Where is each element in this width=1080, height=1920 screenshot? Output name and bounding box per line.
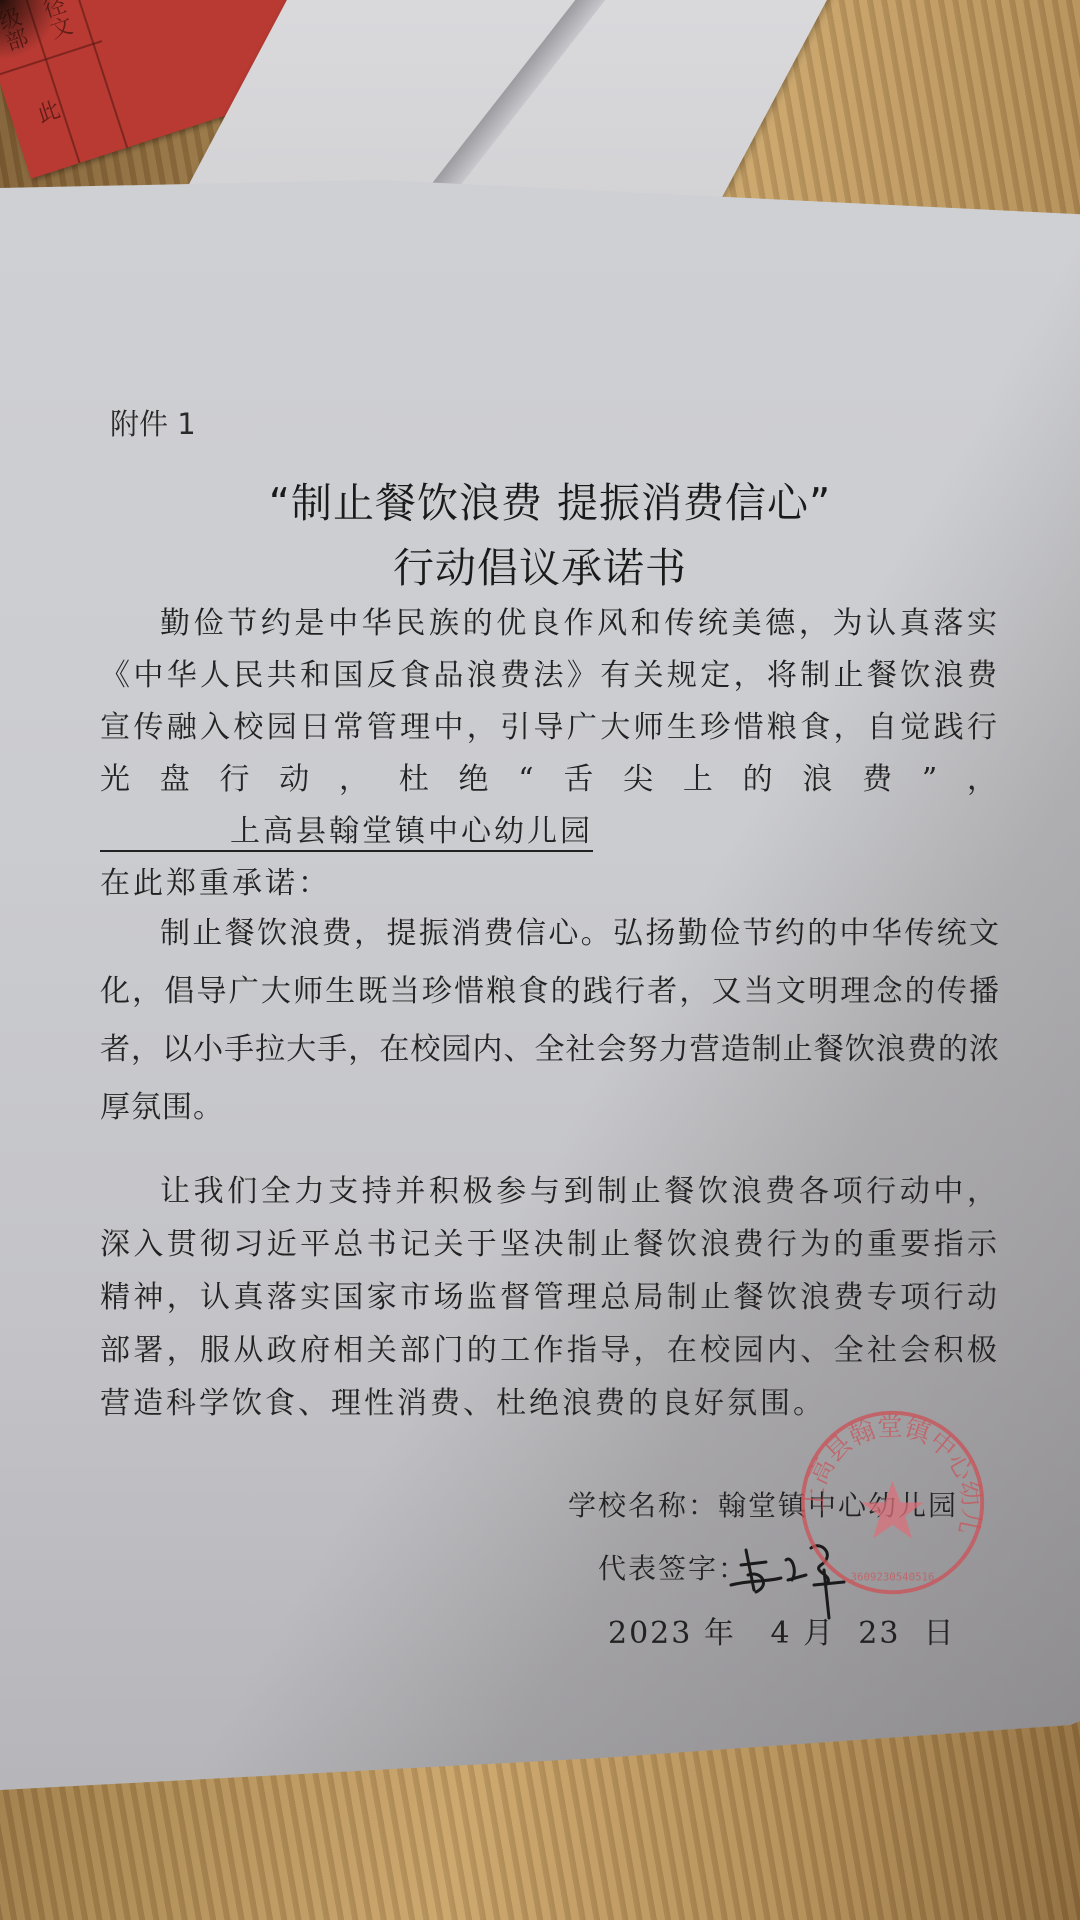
date-day-unit: 日 [924, 1616, 956, 1651]
date-day: 23 [858, 1616, 900, 1651]
document-page: 附件 1 “制止餐饮浪费 提振消费信心” 行动倡议承诺书 勤俭节约是中华民族的优… [0, 180, 1080, 1790]
date-year: 2023 [608, 1616, 692, 1651]
date-month: 4 [771, 1616, 792, 1651]
date-month-unit: 月 [803, 1616, 835, 1651]
document-title-line-1: “制止餐饮浪费 提振消费信心” [0, 470, 1080, 529]
document-title-line-2: 行动倡议承诺书 [0, 535, 1080, 594]
seal-code: 3609230540516 [851, 1571, 935, 1584]
date-year-unit: 年 [704, 1616, 736, 1651]
paragraph-intro: 勤俭节约是中华民族的优良作风和传统美德，为认真落实《中华人民共和国反食品浪费法》… [100, 598, 1000, 910]
date-line: 2023 年 4 月 23 日 [608, 1608, 956, 1652]
photo-scene: 口径文 级部 此 附件 1 “制止餐饮浪费 提振消费信心” 行动倡议承诺书 勤俭… [0, 0, 1080, 1920]
folder-text: 此 [28, 96, 64, 127]
intro-closing-text: 在此郑重承诺： [100, 866, 331, 901]
fill-in-school-name: 上高县翰堂镇中心幼儿园 [100, 814, 593, 852]
paragraph-commitment: 制止餐饮浪费，提振消费信心。弘扬勤俭节约的中华传统文化，倡导广大师生既当珍惜粮食… [100, 905, 1000, 1137]
shadow-corner [0, 0, 60, 60]
school-name-label: 学校名称： [568, 1489, 718, 1522]
paragraph-action: 让我们全力支持并积极参与到制止餐饮浪费各项行动中，深入贯彻习近平总书记关于坚决制… [100, 1165, 1000, 1430]
official-seal-stamp: 上高县翰堂镇中心幼儿园 3609230540516 [795, 1405, 990, 1600]
attachment-label: 附件 1 [110, 402, 196, 443]
intro-text: 勤俭节约是中华民族的优良作风和传统美德，为认真落实《中华人民共和国反食品浪费法》… [100, 606, 1000, 797]
seal-star-icon [861, 1481, 923, 1539]
